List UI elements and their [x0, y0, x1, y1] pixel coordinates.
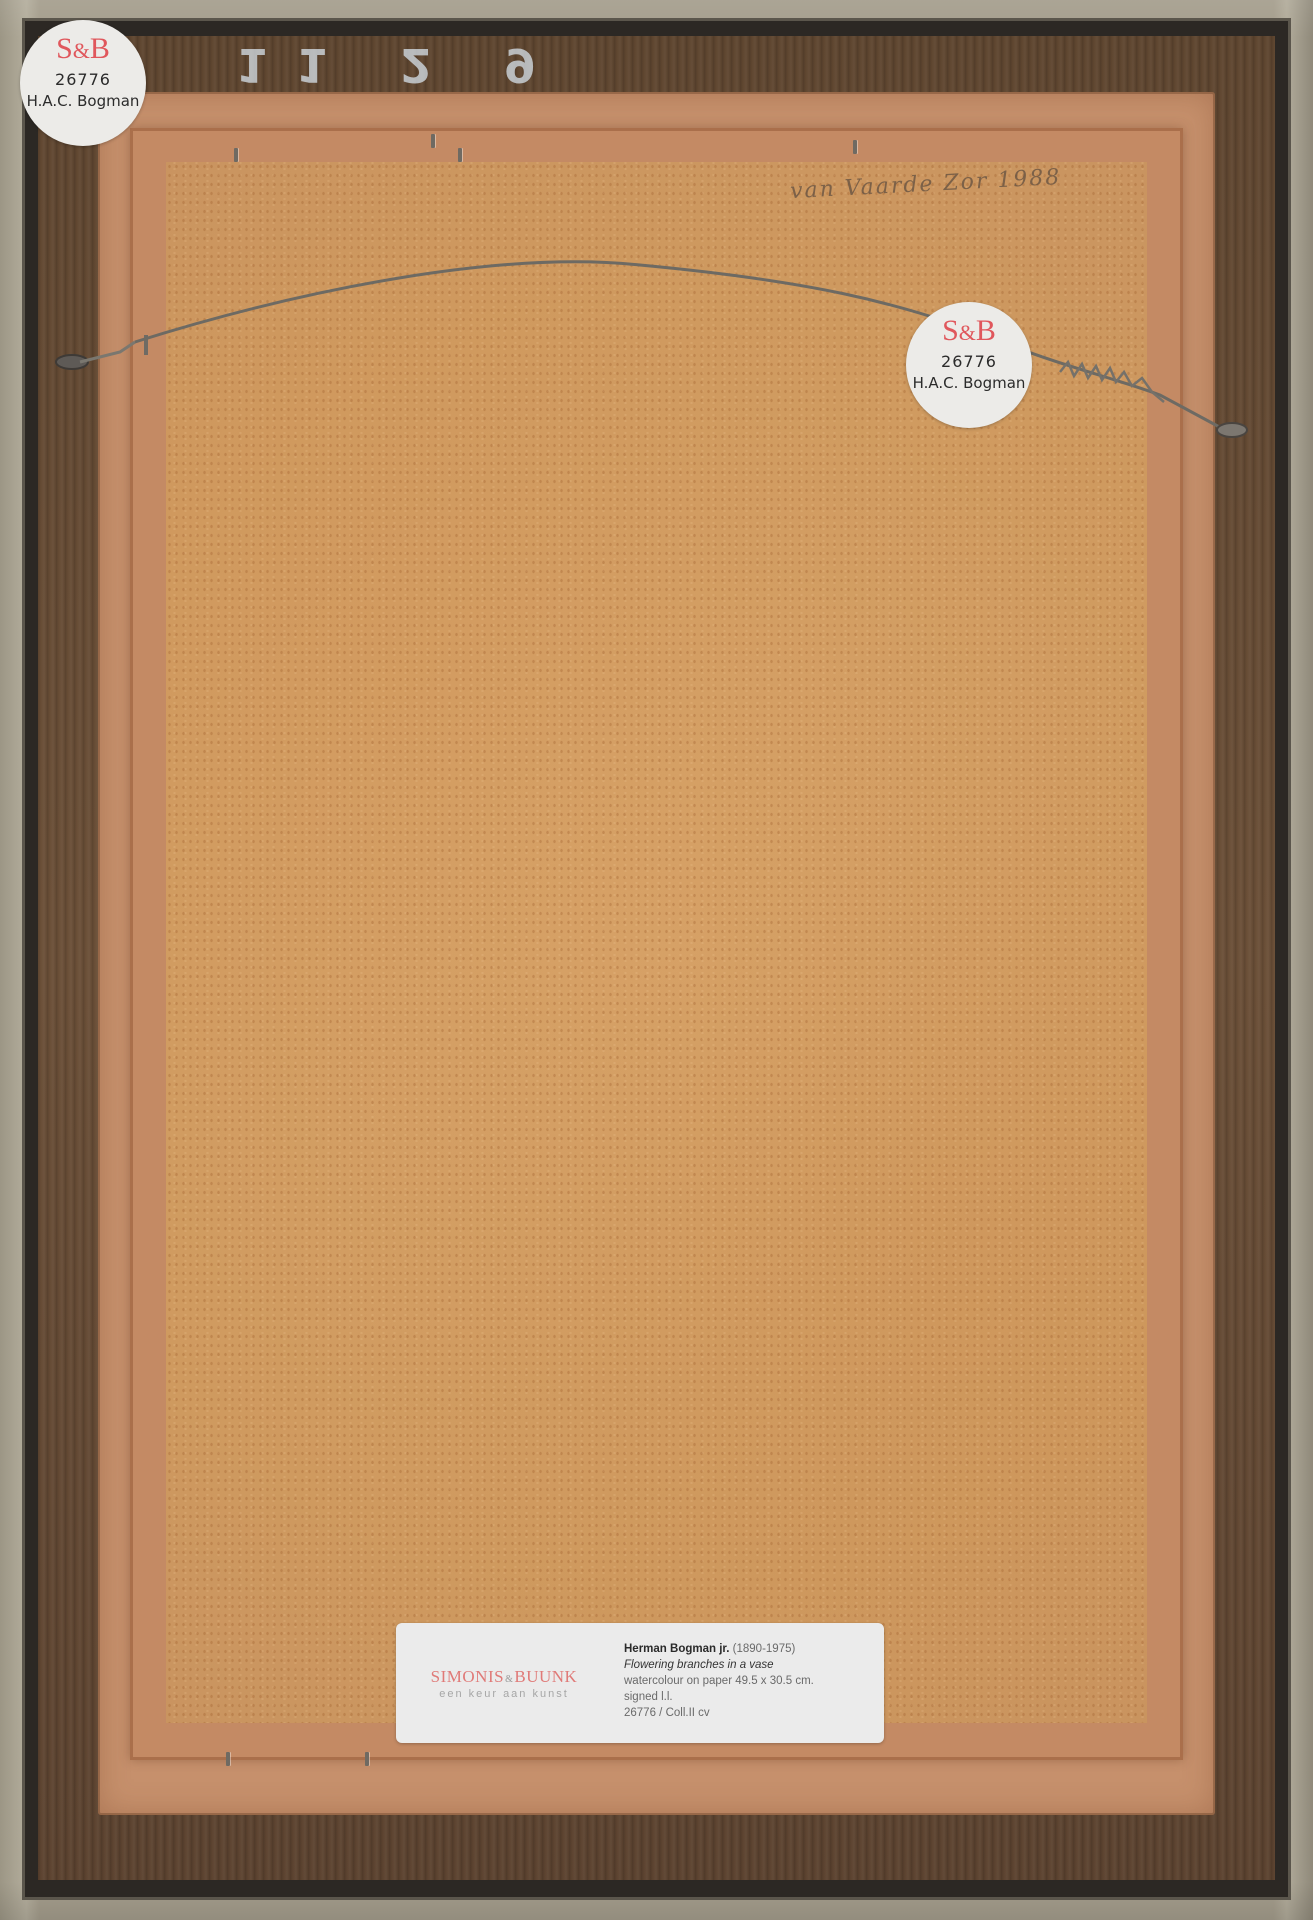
artwork-title: Flowering branches in a vase	[624, 1657, 884, 1673]
inventory-sticker-right: S&B 26776 H.A.C. Bogman	[906, 302, 1032, 428]
inventory-number: 26776 / Coll.II cv	[624, 1705, 884, 1721]
chalk-marking: 11 2 9	[236, 38, 564, 92]
artist-line: Herman Bogman jr. (1890-1975)	[624, 1641, 884, 1657]
staple	[226, 1752, 230, 1766]
inventory-sticker-top-left: S&B 26776 H.A.C. Bogman	[20, 20, 146, 146]
sticker-number: 26776	[906, 353, 1032, 371]
sticker-artist-name: H.A.C. Bogman	[906, 374, 1032, 392]
staple	[458, 148, 462, 162]
artwork-signature: signed l.l.	[624, 1689, 884, 1705]
gallery-tagline: een keur aan kunst	[439, 1688, 569, 1700]
sticker-logo: S&B	[20, 34, 146, 66]
sticker-artist-name: H.A.C. Bogman	[20, 92, 146, 110]
artwork-details: Herman Bogman jr. (1890-1975) Flowering …	[604, 1623, 884, 1743]
staple	[853, 140, 857, 154]
sticker-number: 26776	[20, 71, 146, 89]
artwork-medium: watercolour on paper 49.5 x 30.5 cm.	[624, 1673, 884, 1689]
staple	[431, 134, 435, 148]
gallery-label: SIMONIS&BUUNK een keur aan kunst Herman …	[396, 1623, 884, 1743]
gallery-brand-block: SIMONIS&BUUNK een keur aan kunst	[396, 1623, 604, 1743]
sticker-logo: S&B	[906, 316, 1032, 348]
gallery-brand-logo: SIMONIS&BUUNK	[431, 1667, 578, 1687]
staple	[234, 148, 238, 162]
staple	[365, 1752, 369, 1766]
